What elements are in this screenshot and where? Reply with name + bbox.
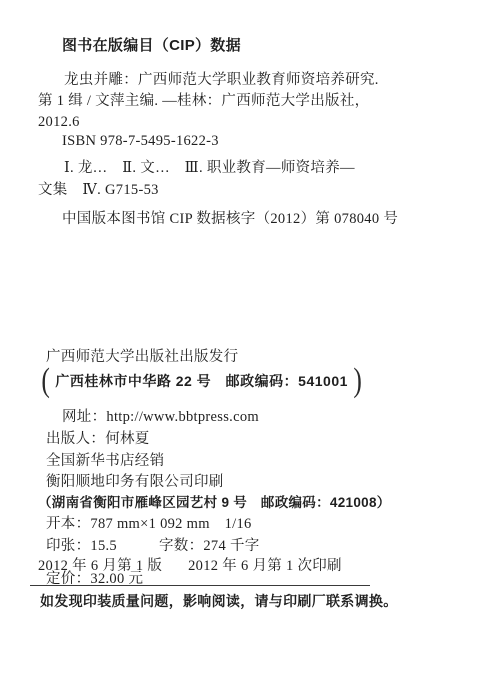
isbn-line: ISBN 978-7-5495-1622-3	[62, 132, 219, 150]
printer-line: 衡阳顺地印务有限公司印刷	[46, 473, 224, 491]
cip-title-line2: 第 1 缉 / 文萍主编. —桂林：广西师范大学出版社，	[38, 92, 369, 110]
publisher-address-text: 广西桂林市中华路 22 号 邮政编码：541001	[51, 371, 352, 391]
website-line: 网址：http://www.bbtpress.com	[62, 408, 259, 426]
cip-record-number: 中国版本图书馆 CIP 数据核字（2012）第 078040 号	[62, 210, 398, 228]
close-paren-glyph: )	[353, 363, 361, 399]
publisher-address-row: ( 广西桂林市中华路 22 号 邮政编码：541001 )	[40, 363, 363, 399]
open-paren-glyph: (	[41, 363, 49, 399]
format-line: 开本：787 mm×1 092 mm 1/16	[46, 515, 252, 533]
divider-rule	[30, 585, 370, 586]
printing-value: 2012 年 6 月第 1 次印刷	[188, 558, 342, 574]
distribution-line: 全国新华书店经销	[46, 452, 164, 470]
classification-line2: 文集 Ⅳ. G715-53	[38, 181, 159, 199]
word-count-value: 字数：274 千字	[159, 538, 260, 554]
quality-notice: 如发现印装质量问题，影响阅读，请与印刷厂联系调换。	[40, 592, 398, 610]
printer-address-line: （湖南省衡阳市雁峰区园艺村 9 号 邮政编码：421008）	[38, 494, 391, 512]
cip-title-line1: 龙虫并雕：广西师范大学职业教育师资培养研究.	[64, 71, 379, 89]
copyright-page: 图书在版编目（CIP）数据 龙虫并雕：广西师范大学职业教育师资培养研究. 第 1…	[0, 0, 500, 691]
publisher-person-line: 出版人：何林夏	[46, 430, 150, 448]
sheets-value: 印张：15.5	[46, 538, 117, 554]
cip-header: 图书在版编目（CIP）数据	[62, 37, 241, 55]
cip-title-line3: 2012.6	[38, 113, 80, 131]
classification-line1: Ⅰ. 龙… Ⅱ. 文… Ⅲ. 职业教育—师资培养—	[64, 159, 355, 177]
sheets-wordcount-line: 印张：15.5字数：274 千字	[46, 537, 260, 555]
